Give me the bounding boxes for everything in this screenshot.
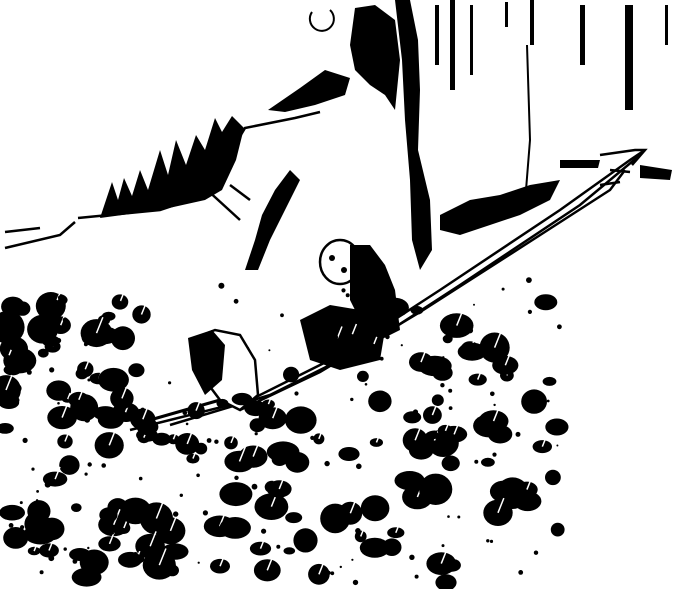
illustration bbox=[0, 0, 675, 589]
